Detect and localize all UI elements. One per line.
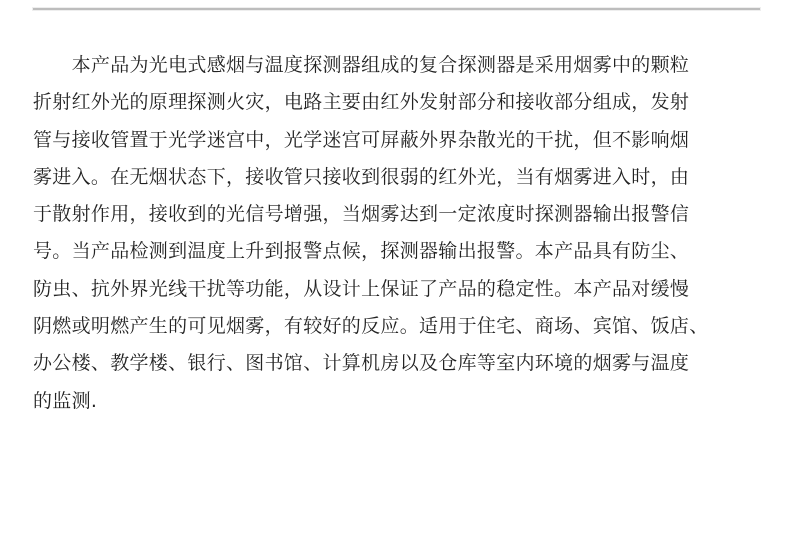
paragraph-line: 的监测. [33,383,753,420]
top-divider [33,8,760,10]
paragraph-line: 管与接收管置于光学迷宫中，光学迷宫可屏蔽外界杂散光的干扰，但不影响烟 [33,122,753,159]
product-description-paragraph: 本产品为光电式感烟与温度探测器组成的复合探测器是采用烟雾中的颗粒 折射红外光的原… [33,47,753,420]
paragraph-line: 号。当产品检测到温度上升到报警点候，探测器输出报警。本产品具有防尘、 [33,233,753,270]
paragraph-line: 折射红外光的原理探测火灾，电路主要由红外发射部分和接收部分组成，发射 [33,84,753,121]
paragraph-line: 于散射作用，接收到的光信号增强，当烟雾达到一定浓度时探测器输出报警信 [33,196,753,233]
paragraph-line: 防虫、抗外界光线干扰等功能，从设计上保证了产品的稳定性。本产品对缓慢 [33,271,753,308]
paragraph-line: 办公楼、教学楼、银行、图书馆、计算机房以及仓库等室内环境的烟雾与温度 [33,345,753,382]
paragraph-line: 本产品为光电式感烟与温度探测器组成的复合探测器是采用烟雾中的颗粒 [33,47,753,84]
paragraph-line: 雾进入。在无烟状态下，接收管只接收到很弱的红外光，当有烟雾进入时，由 [33,159,753,196]
paragraph-line: 阴燃或明燃产生的可见烟雾，有较好的反应。适用于住宅、商场、宾馆、饭店、 [33,308,753,345]
